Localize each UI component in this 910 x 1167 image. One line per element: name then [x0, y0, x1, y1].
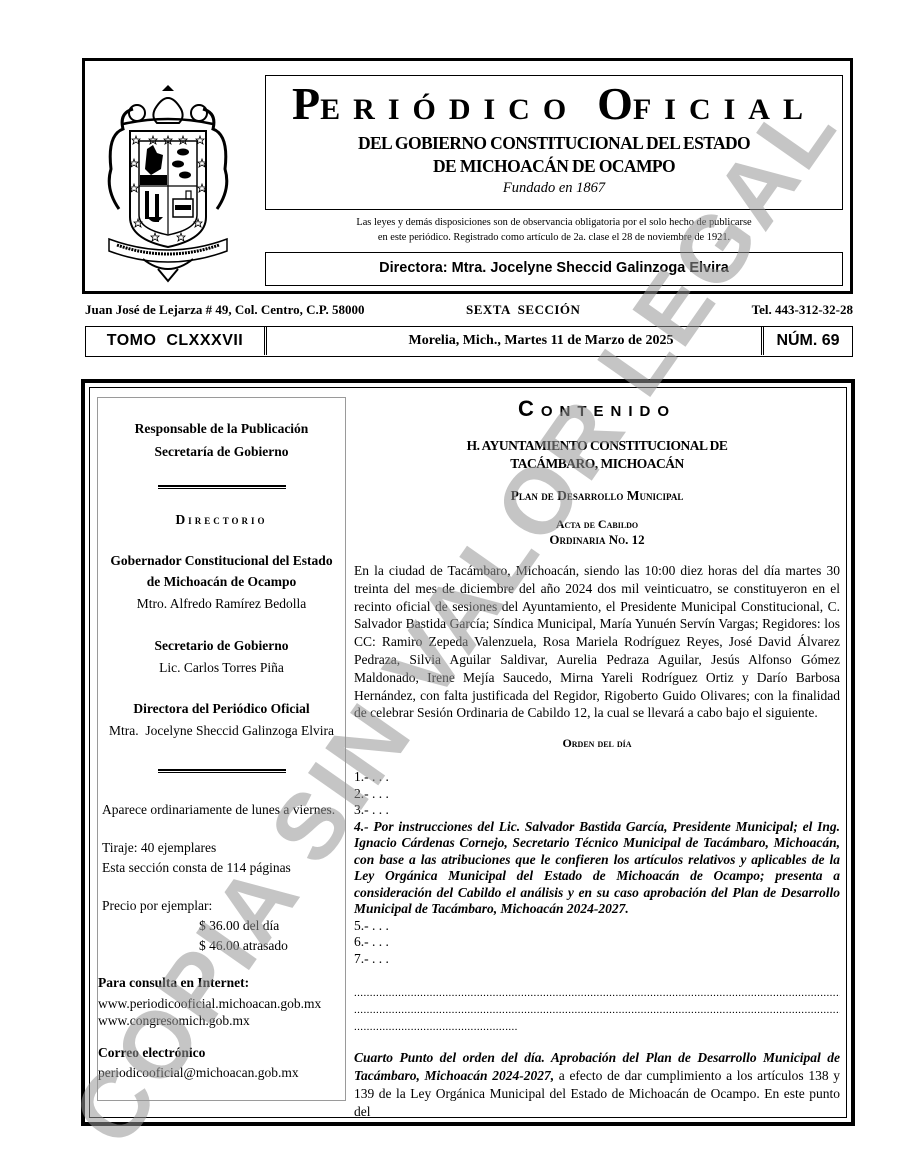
- ellipsis-line: ........................................…: [354, 1002, 840, 1019]
- legal-note-line-1: Las leyes y demás disposiciones son de o…: [265, 215, 843, 230]
- issue-place-date: Morelia, Mich., Martes 11 de Marzo de 20…: [267, 327, 815, 355]
- price-late: $ 46.00 atrasado: [98, 936, 345, 956]
- print-run: Tiraje: 40 ejemplares: [98, 838, 345, 858]
- divider-rule: [158, 769, 286, 773]
- main-content: CONTENIDO H. AYUNTAMIENTO CONSTITUCIONAL…: [354, 395, 840, 1120]
- address-line: Juan José de Lejarza # 49, Col. Centro, …: [85, 302, 853, 320]
- section-label: SEXTA SECCIÓN: [466, 302, 580, 318]
- director-name: Mtra. Jocelyne Sheccid Galinzoga Elvira: [98, 720, 345, 742]
- agenda-item: 6.- . . .: [354, 934, 840, 951]
- subtitle-line-1: DEL GOBIERNO CONSTITUCIONAL DEL ESTADO: [266, 132, 842, 155]
- secretary-title: Secretario de Gobierno: [98, 635, 345, 657]
- sidebar-directory: Responsable de la Publicación Secretaría…: [97, 397, 346, 1101]
- issue-number: NÚM. 69: [761, 327, 852, 355]
- agenda-item: 2.- . . .: [354, 786, 840, 803]
- governor-name: Mtro. Alfredo Ramírez Bedolla: [98, 593, 345, 615]
- legal-note: Las leyes y demás disposiciones son de o…: [265, 215, 843, 245]
- legal-note-line-2: en este periódico. Registrado como artíc…: [265, 230, 843, 245]
- coat-of-arms-icon: [103, 79, 233, 284]
- responsible-line-2: Secretaría de Gobierno: [98, 441, 345, 463]
- acta-line-1: Acta de Cabildo: [354, 517, 840, 532]
- website-link-2[interactable]: www.congresomich.gob.mx: [98, 1012, 345, 1029]
- agenda-heading: Orden del día: [354, 736, 840, 751]
- agenda-item: 5.- . . .: [354, 918, 840, 935]
- office-address: Juan José de Lejarza # 49, Col. Centro, …: [85, 302, 365, 318]
- title-initial-o: O: [597, 78, 633, 129]
- governor-title-2: de Michoacán de Ocampo: [98, 571, 345, 593]
- governor-title-1: Gobernador Constitucional del Estado: [98, 550, 345, 572]
- fourth-point-paragraph: Cuarto Punto del orden del día. Aprobaci…: [354, 1049, 840, 1120]
- entity-line-2: TACÁMBARO, MICHOACÁN: [354, 455, 840, 473]
- title-word-1: ERIÓDICO: [320, 93, 579, 126]
- ellipsis-line-short: ........................................…: [354, 1019, 840, 1036]
- title-box: PERIÓDICOOFICIAL DEL GOBIERNO CONSTITUCI…: [265, 75, 843, 210]
- subtitle-line-2: DE MICHOACÁN DE OCAMPO: [266, 155, 842, 178]
- contents-heading-rest: ONTENIDO: [541, 403, 676, 420]
- responsible-line-1: Responsable de la Publicación: [98, 418, 345, 440]
- agenda-item: 3.- . . .: [354, 802, 840, 819]
- price-today: $ 36.00 del día: [98, 916, 345, 936]
- phone-number: Tel. 443-312-32-28: [752, 302, 853, 318]
- plan-title: Plan de Desarrollo Municipal: [354, 488, 840, 504]
- director-banner: Directora: Mtra. Jocelyne Sheccid Galinz…: [265, 252, 843, 286]
- publication-schedule: Aparece ordinariamente de lunes a vierne…: [98, 800, 345, 820]
- ellipsis-line: ........................................…: [354, 985, 840, 1002]
- divider-rule: [158, 485, 286, 489]
- secretary-name: Lic. Carlos Torres Piña: [98, 657, 345, 679]
- agenda-item-4: 4.- Por instrucciones del Lic. Salvador …: [354, 819, 840, 918]
- contents-heading-initial: C: [518, 396, 541, 421]
- title-initial-p: P: [292, 78, 320, 129]
- email-label: Correo electrónico: [98, 1043, 345, 1063]
- agenda-item: 1.- . . .: [354, 769, 840, 786]
- masthead: PERIÓDICOOFICIAL DEL GOBIERNO CONSTITUCI…: [82, 58, 853, 294]
- director-title: Directora del Periódico Oficial: [98, 698, 345, 720]
- internet-label: Para consulta en Internet:: [98, 973, 345, 993]
- website-link-1[interactable]: www.periodicooficial.michoacan.gob.mx: [98, 995, 345, 1012]
- email-link[interactable]: periodicooficial@michoacan.gob.mx: [98, 1063, 345, 1083]
- omitted-text: ........................................…: [354, 985, 840, 1036]
- directory-heading: Directorio: [98, 509, 345, 531]
- contents-heading: CONTENIDO: [354, 395, 840, 426]
- title-word-2: FICIAL: [633, 93, 816, 126]
- price-label: Precio por ejemplar:: [98, 896, 345, 916]
- agenda-item: 7.- . . .: [354, 951, 840, 968]
- issue-bar: TOMO CLXXXVII Morelia, Mich., Martes 11 …: [85, 326, 853, 357]
- publication-title: PERIÓDICOOFICIAL: [266, 82, 842, 132]
- entity-line-1: H. AYUNTAMIENTO CONSTITUCIONAL DE: [354, 436, 840, 455]
- page-count: Esta sección consta de 114 páginas: [98, 858, 345, 878]
- agenda-list: 1.- . . . 2.- . . . 3.- . . . 4.- Por in…: [354, 769, 840, 967]
- tomo-volume: TOMO CLXXXVII: [86, 327, 267, 355]
- founded-year: Fundado en 1867: [266, 180, 842, 197]
- acta-line-2: Ordinaria No. 12: [354, 532, 840, 548]
- intro-paragraph: En la ciudad de Tacámbaro, Michoacán, si…: [354, 562, 840, 722]
